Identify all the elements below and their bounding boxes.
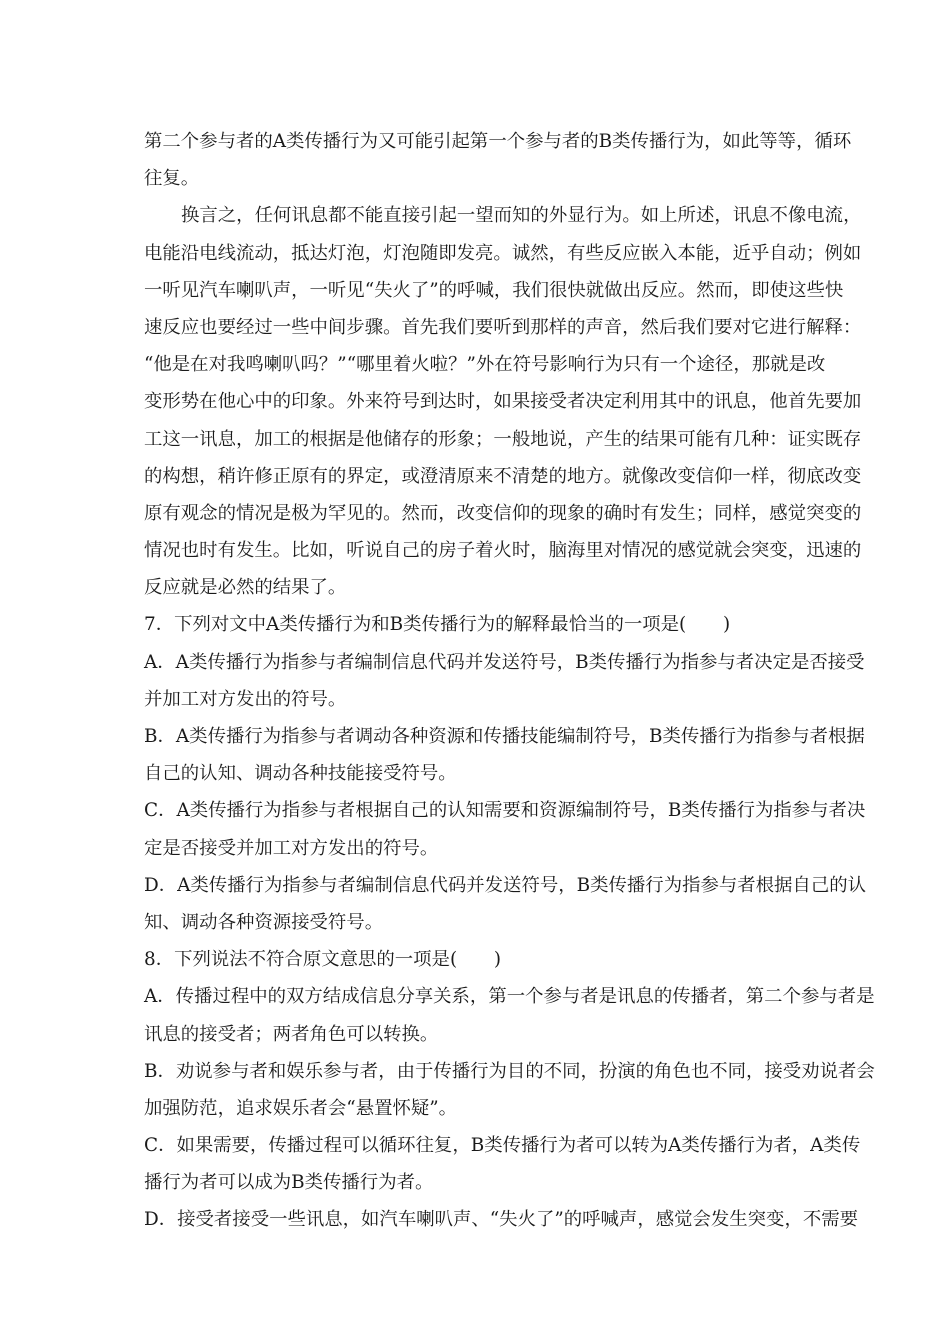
- option-line: D．接受者接受一些讯息，如汽车喇叭声、“失火了”的呼喊声，感觉会发生突变，不需要: [144, 1201, 809, 1238]
- question-stem: 8．下列说法不符合原文意思的一项是( ): [144, 941, 809, 978]
- text-line: 变形势在他心中的印象。外来符号到达时，如果接受者决定利用其中的讯息，他首先要加: [144, 383, 809, 420]
- text-line: 的构想，稍许修正原有的界定，或澄清原来不清楚的地方。就像改变信仰一样，彻底改变: [144, 458, 809, 495]
- option-line: C．A类传播行为指参与者根据自己的认知需要和资源编制符号，B类传播行为指参与者决: [144, 792, 809, 829]
- option-line: 并加工对方发出的符号。: [144, 681, 809, 718]
- text-line: 原有观念的情况是极为罕见的。然而，改变信仰的现象的确时有发生；同样，感觉突变的: [144, 495, 809, 532]
- passage-paragraph-2: 换言之，任何讯息都不能直接引起一望而知的外显行为。如上所述，讯息不像电流， 电能…: [144, 197, 809, 606]
- text-line: 第二个参与者的A类传播行为又可能引起第一个参与者的B类传播行为，如此等等，循环: [144, 123, 809, 160]
- option-line: B．劝说参与者和娱乐参与者，由于传播行为目的不同，扮演的角色也不同，接受劝说者会: [144, 1053, 809, 1090]
- option-a: A．传播过程中的双方结成信息分享关系，第一个参与者是讯息的传播者，第二个参与者是…: [144, 978, 809, 1052]
- option-line: 讯息的接受者；两者角色可以转换。: [144, 1016, 809, 1053]
- passage-continued: 第二个参与者的A类传播行为又可能引起第一个参与者的B类传播行为，如此等等，循环 …: [144, 123, 809, 197]
- text-line: 反应就是必然的结果了。: [144, 569, 809, 606]
- option-c: C．如果需要，传播过程可以循环往复，B类传播行为者可以转为A类传播行为者，A类传…: [144, 1127, 809, 1201]
- text-line: 情况也时有发生。比如，听说自己的房子着火时，脑海里对情况的感觉就会突变，迅速的: [144, 532, 809, 569]
- text-line: 换言之，任何讯息都不能直接引起一望而知的外显行为。如上所述，讯息不像电流，: [144, 197, 809, 234]
- option-line: 定是否接受并加工对方发出的符号。: [144, 830, 809, 867]
- text-line: “他是在对我鸣喇叭吗？”“哪里着火啦？”外在符号影响行为只有一个途径，那就是改: [144, 346, 809, 383]
- question-8: 8．下列说法不符合原文意思的一项是( ) A．传播过程中的双方结成信息分享关系，…: [144, 941, 809, 1239]
- option-line: C．如果需要，传播过程可以循环往复，B类传播行为者可以转为A类传播行为者，A类传: [144, 1127, 809, 1164]
- document-page: 第二个参与者的A类传播行为又可能引起第一个参与者的B类传播行为，如此等等，循环 …: [144, 123, 809, 1239]
- text-line: 电能沿电线流动，抵达灯泡，灯泡随即发亮。诚然，有些反应嵌入本能，近乎自动；例如: [144, 235, 809, 272]
- text-line: 往复。: [144, 160, 809, 197]
- text-line: 一听见汽车喇叭声，一听见“失火了”的呼喊，我们很快就做出反应。然而，即使这些快: [144, 272, 809, 309]
- question-stem: 7．下列对文中A类传播行为和B类传播行为的解释最恰当的一项是( ): [144, 606, 809, 643]
- option-line: B．A类传播行为指参与者调动各种资源和传播技能编制符号，B类传播行为指参与者根据: [144, 718, 809, 755]
- option-line: 播行为者可以成为B类传播行为者。: [144, 1164, 809, 1201]
- option-b: B．劝说参与者和娱乐参与者，由于传播行为目的不同，扮演的角色也不同，接受劝说者会…: [144, 1053, 809, 1127]
- text-line: 工这一讯息，加工的根据是他储存的形象；一般地说，产生的结果可能有几种：证实既存: [144, 421, 809, 458]
- option-line: A．传播过程中的双方结成信息分享关系，第一个参与者是讯息的传播者，第二个参与者是: [144, 978, 809, 1015]
- option-d: D．接受者接受一些讯息，如汽车喇叭声、“失火了”的呼喊声，感觉会发生突变，不需要: [144, 1201, 809, 1238]
- text-line: 速反应也要经过一些中间步骤。首先我们要听到那样的声音，然后我们要对它进行解释：: [144, 309, 809, 346]
- option-d: D．A类传播行为指参与者编制信息代码并发送符号，B类传播行为指参与者根据自己的认…: [144, 867, 809, 941]
- option-line: 加强防范，追求娱乐者会“悬置怀疑”。: [144, 1090, 809, 1127]
- option-line: A．A类传播行为指参与者编制信息代码并发送符号，B类传播行为指参与者决定是否接受: [144, 644, 809, 681]
- option-line: 自己的认知、调动各种技能接受符号。: [144, 755, 809, 792]
- question-7: 7．下列对文中A类传播行为和B类传播行为的解释最恰当的一项是( ) A．A类传播…: [144, 606, 809, 941]
- option-a: A．A类传播行为指参与者编制信息代码并发送符号，B类传播行为指参与者决定是否接受…: [144, 644, 809, 718]
- option-b: B．A类传播行为指参与者调动各种资源和传播技能编制符号，B类传播行为指参与者根据…: [144, 718, 809, 792]
- option-line: D．A类传播行为指参与者编制信息代码并发送符号，B类传播行为指参与者根据自己的认: [144, 867, 809, 904]
- option-c: C．A类传播行为指参与者根据自己的认知需要和资源编制符号，B类传播行为指参与者决…: [144, 792, 809, 866]
- option-line: 知、调动各种资源接受符号。: [144, 904, 809, 941]
